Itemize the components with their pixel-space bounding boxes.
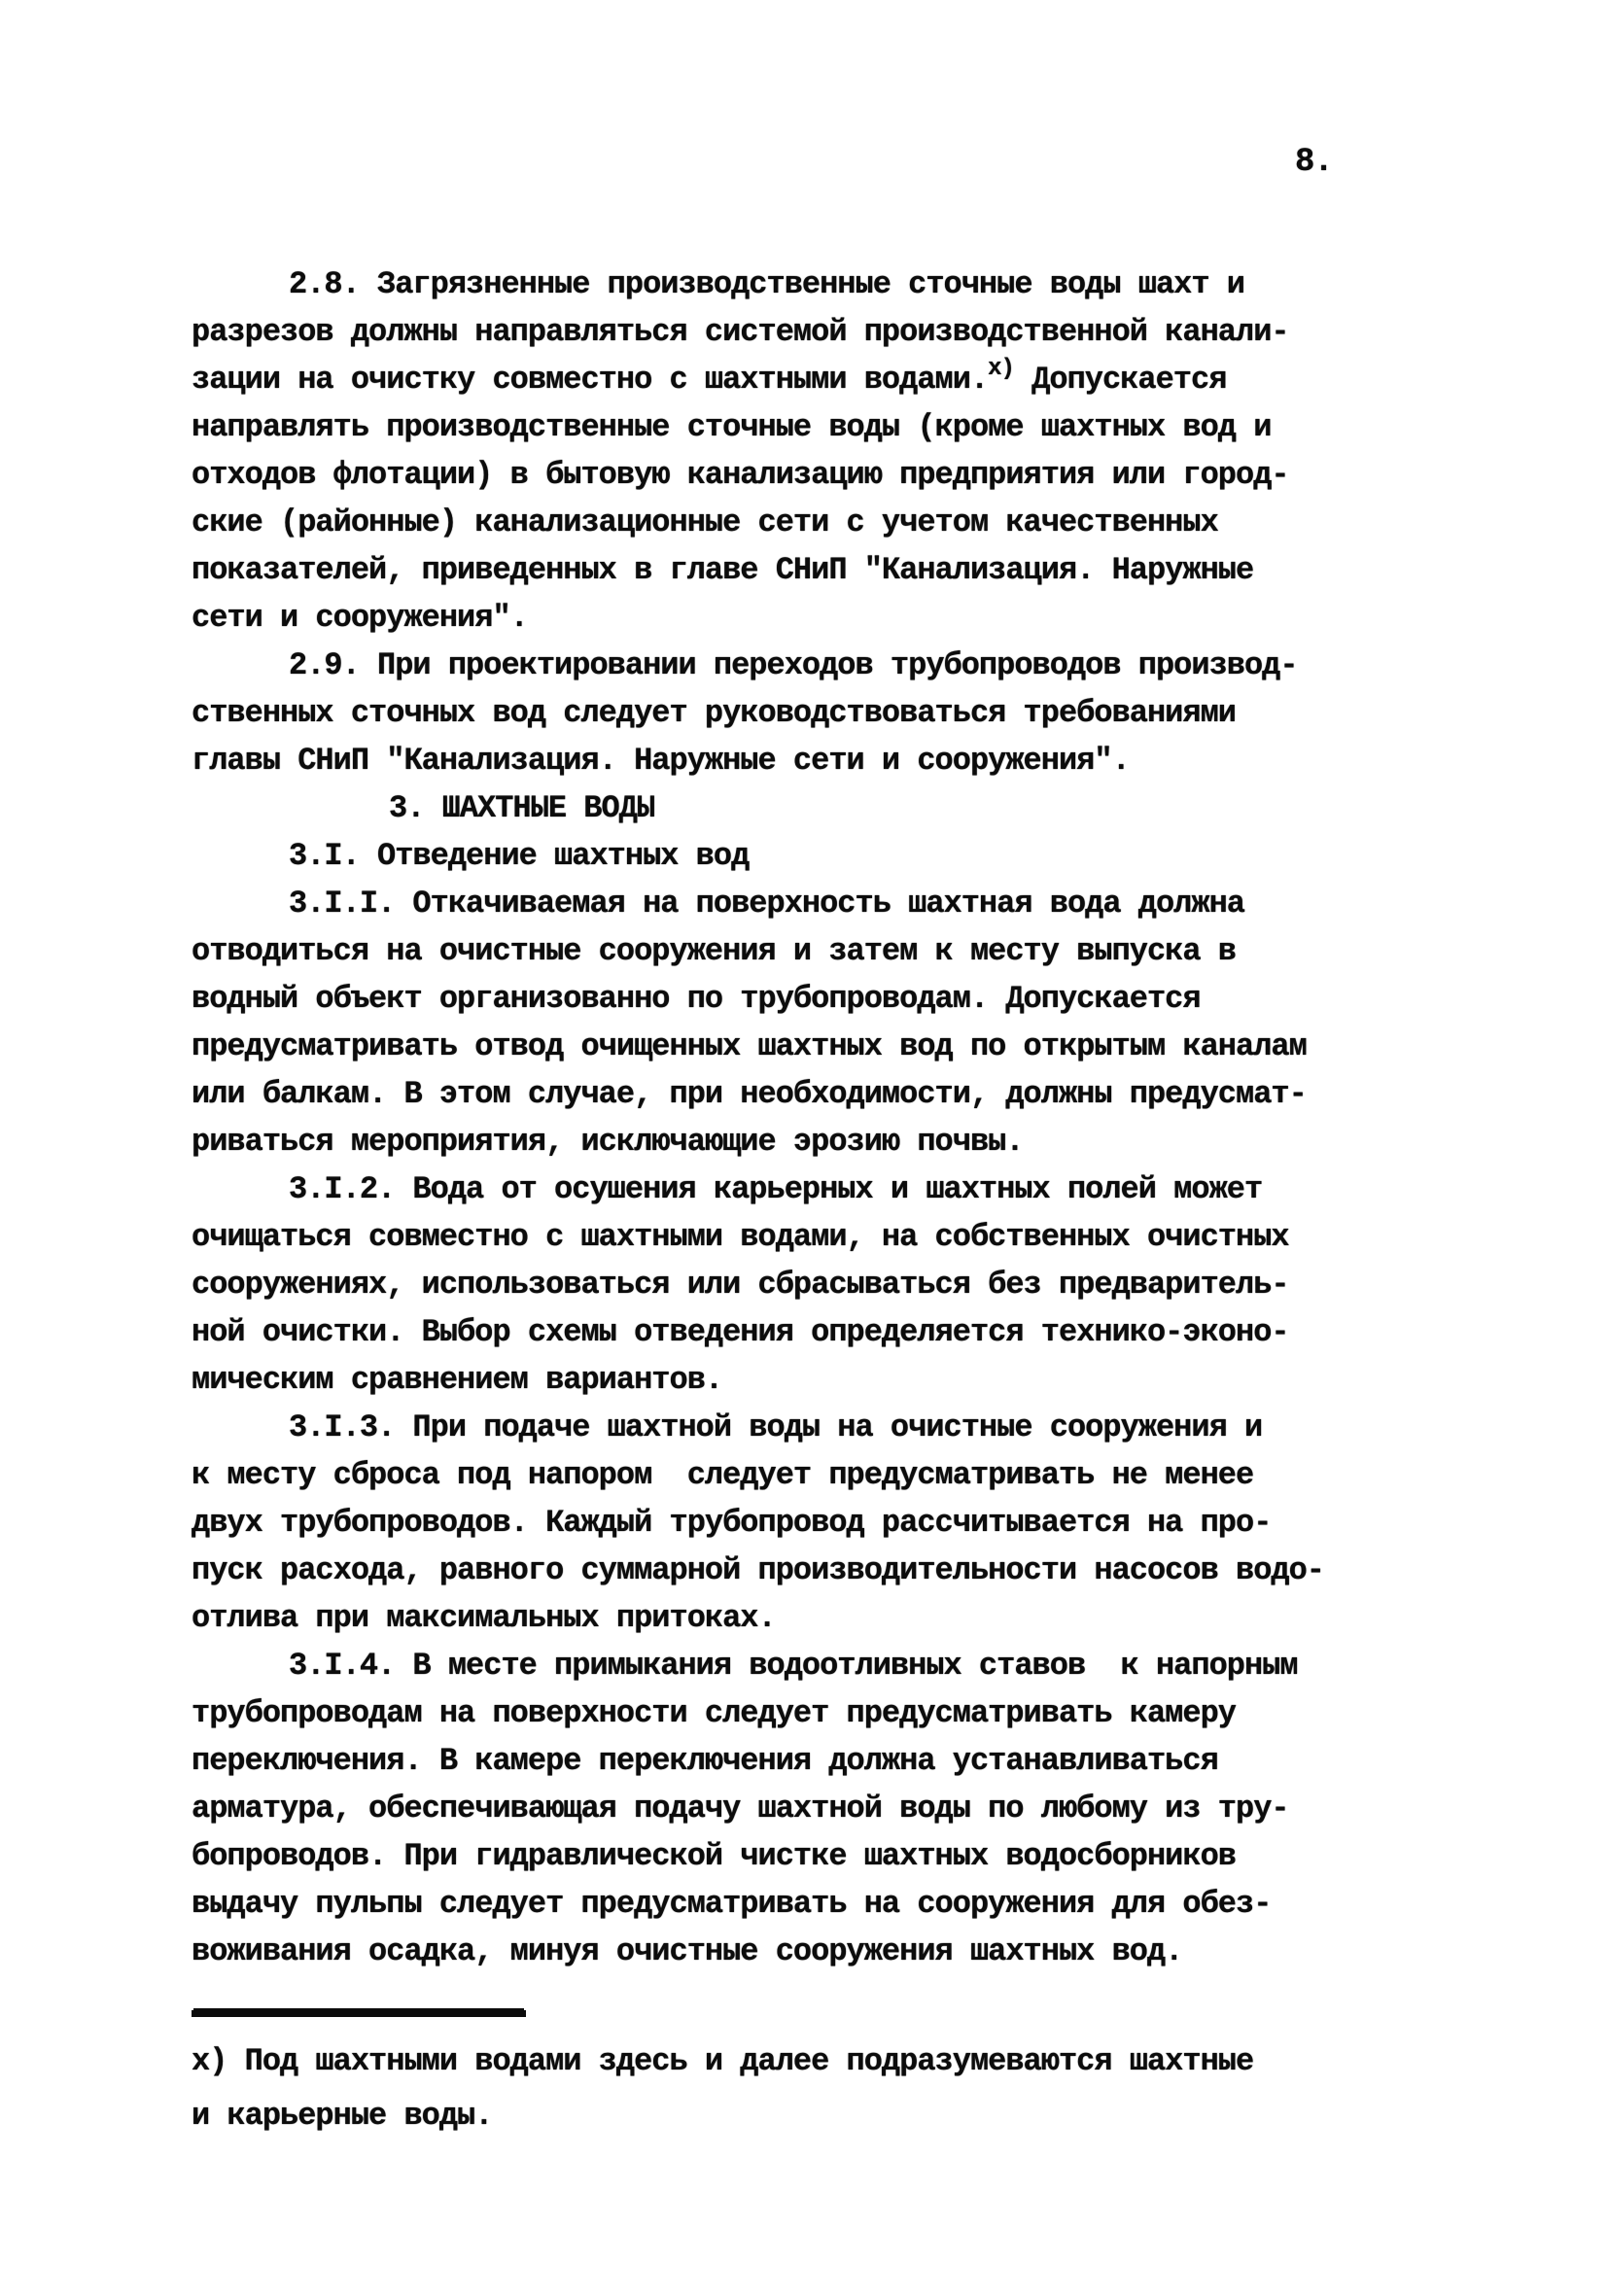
text-segment: бопроводов. При гидравлической чистке ша… (192, 1838, 1236, 1874)
text-line: 3. ШАХТНЫЕ ВОДЫ (192, 784, 1358, 832)
text-segment: показателей, приведенных в главе СНиП "К… (192, 552, 1253, 588)
text-segment: отводиться на очистные сооружения и зате… (192, 933, 1236, 969)
text-segment: риваться мероприятия, исключающие эрозию… (192, 1124, 1024, 1160)
text-segment: переключения. В камере переключения долж… (192, 1743, 1218, 1779)
text-segment: разрезов должны направляться системой пр… (192, 314, 1289, 350)
text-line: двух трубопроводов. Каждый трубопровод р… (192, 1499, 1358, 1547)
heading-3-1: 3.I. Отведение шахтных вод (192, 832, 1358, 880)
page-number: 8. (1295, 144, 1333, 181)
text-segment: 2.9. При проектировании переходов трубоп… (289, 647, 1298, 683)
text-line: воживания осадка, минуя очистные сооруже… (192, 1928, 1358, 1975)
text-segment: сети и сооружения". (192, 600, 528, 636)
text-segment: ственных сточных вод следует руководство… (192, 695, 1236, 731)
text-segment: предусматривать отвод очищенных шахтных … (192, 1028, 1307, 1064)
text-line: или балкам. В этом случае, при необходим… (192, 1070, 1358, 1118)
text-line: трубопроводам на поверхности следует пре… (192, 1689, 1358, 1737)
text-line: арматура, обеспечивающая подачу шахтной … (192, 1785, 1358, 1832)
text-line: показателей, приведенных в главе СНиП "К… (192, 546, 1358, 594)
text-segment: 3.I.4. В месте примыкания водоотливных с… (289, 1648, 1298, 1684)
text-line: отводиться на очистные сооружения и зате… (192, 927, 1358, 975)
para-2-8: 2.8. Загрязненные производственные сточн… (192, 261, 1358, 642)
text-segment: главы СНиП "Канализация. Наружные сети и… (192, 743, 1130, 779)
text-line: 3.I.I. Откачиваемая на поверхность шахтн… (192, 880, 1358, 927)
para-3-1-3: 3.I.3. При подаче шахтной воды на очистн… (192, 1404, 1358, 1642)
text-line: предусматривать отвод очищенных шахтных … (192, 1023, 1358, 1070)
text-segment: 3.I.2. Вода от осушения карьерных и шахт… (289, 1171, 1262, 1207)
text-segment: водный объект организованно по трубопров… (192, 981, 1201, 1017)
text-line: очищаться совместно с шахтными водами, н… (192, 1213, 1358, 1261)
text-line: пуск расхода, равного суммарной производ… (192, 1547, 1358, 1594)
footnote-reference-marker: х) (988, 356, 1014, 382)
text-line: 3.I.2. Вода от осушения карьерных и шахт… (192, 1165, 1358, 1213)
text-line: х) Под шахтными водами здесь и далее под… (192, 2035, 1358, 2089)
text-line: отлива при максимальных притоках. (192, 1594, 1358, 1642)
document-body: 2.8. Загрязненные производственные сточн… (192, 261, 1358, 1975)
text-line: и карьерные воды. (192, 2089, 1358, 2143)
text-line: переключения. В камере переключения долж… (192, 1737, 1358, 1785)
text-segment: воживания осадка, минуя очистные сооруже… (192, 1933, 1182, 1969)
text-line: ной очистки. Выбор схемы отведения опред… (192, 1308, 1358, 1356)
text-segment: 3. ШАХТНЫЕ ВОДЫ (389, 790, 654, 826)
text-segment: х) Под шахтными водами здесь и далее под… (192, 2043, 1253, 2079)
text-line: 3.I.4. В месте примыкания водоотливных с… (192, 1642, 1358, 1689)
text-line: 3.I. Отведение шахтных вод (192, 832, 1358, 880)
text-segment: арматура, обеспечивающая подачу шахтной … (192, 1791, 1289, 1826)
footnote-rule (192, 2010, 526, 2017)
text-segment: к месту сброса под напором следует преду… (192, 1457, 1253, 1493)
text-line: выдачу пульпы следует предусматривать на… (192, 1880, 1358, 1928)
text-segment: выдачу пульпы следует предусматривать на… (192, 1886, 1271, 1922)
text-segment: ские (районные) канализационные сети с у… (192, 504, 1218, 540)
text-segment: и карьерные воды. (192, 2098, 492, 2134)
text-line: мическим сравнением вариантов. (192, 1356, 1358, 1404)
footnote-text: х) Под шахтными водами здесь и далее под… (192, 2035, 1358, 2143)
footnote: х) Под шахтными водами здесь и далее под… (192, 2010, 1358, 2143)
para-2-9: 2.9. При проектировании переходов трубоп… (192, 642, 1358, 784)
para-3-1-4: 3.I.4. В месте примыкания водоотливных с… (192, 1642, 1358, 1975)
text-segment: Допускается (1014, 362, 1226, 398)
text-line: бопроводов. При гидравлической чистке ша… (192, 1832, 1358, 1880)
text-line: 2.9. При проектировании переходов трубоп… (192, 642, 1358, 689)
text-line: 3.I.3. При подаче шахтной воды на очистн… (192, 1404, 1358, 1451)
text-segment: ной очистки. Выбор схемы отведения опред… (192, 1314, 1289, 1350)
text-line: отходов флотации) в бытовую канализацию … (192, 451, 1358, 499)
text-line: зации на очистку совместно с шахтными во… (192, 356, 1358, 403)
text-segment: направлять производственные сточные воды… (192, 409, 1271, 445)
text-segment: зации на очистку совместно с шахтными во… (192, 362, 988, 398)
text-segment: пуск расхода, равного суммарной производ… (192, 1552, 1324, 1588)
text-segment: сооружениях, использоваться или сбрасыва… (192, 1267, 1289, 1303)
text-segment: мическим сравнением вариантов. (192, 1362, 722, 1398)
text-segment: отлива при максимальных притоках. (192, 1600, 776, 1636)
text-segment: 3.I.3. При подаче шахтной воды на очистн… (289, 1409, 1262, 1445)
para-3-1-1: 3.I.I. Откачиваемая на поверхность шахтн… (192, 880, 1358, 1165)
text-line: разрезов должны направляться системой пр… (192, 308, 1358, 356)
text-segment: или балкам. В этом случае, при необходим… (192, 1076, 1307, 1112)
text-line: риваться мероприятия, исключающие эрозию… (192, 1118, 1358, 1165)
para-3-1-2: 3.I.2. Вода от осушения карьерных и шахт… (192, 1165, 1358, 1404)
text-segment: 3.I.I. Откачиваемая на поверхность шахтн… (289, 886, 1244, 922)
text-line: к месту сброса под напором следует преду… (192, 1451, 1358, 1499)
text-segment: 3.I. Отведение шахтных вод (289, 838, 749, 874)
text-line: ские (районные) канализационные сети с у… (192, 499, 1358, 546)
text-segment: очищаться совместно с шахтными водами, н… (192, 1219, 1289, 1255)
text-line: главы СНиП "Канализация. Наружные сети и… (192, 737, 1358, 784)
text-segment: трубопроводам на поверхности следует пре… (192, 1695, 1236, 1731)
text-segment: двух трубопроводов. Каждый трубопровод р… (192, 1505, 1271, 1541)
text-line: 2.8. Загрязненные производственные сточн… (192, 261, 1358, 308)
text-segment: 2.8. Загрязненные производственные сточн… (289, 266, 1244, 302)
text-line: ственных сточных вод следует руководство… (192, 689, 1358, 737)
text-line: сети и сооружения". (192, 594, 1358, 642)
heading-3: 3. ШАХТНЫЕ ВОДЫ (192, 784, 1358, 832)
text-line: направлять производственные сточные воды… (192, 403, 1358, 451)
text-line: водный объект организованно по трубопров… (192, 975, 1358, 1023)
text-segment: отходов флотации) в бытовую канализацию … (192, 457, 1289, 493)
text-line: сооружениях, использоваться или сбрасыва… (192, 1261, 1358, 1308)
document-page: 8. 2.8. Загрязненные производственные ст… (0, 0, 1608, 2296)
